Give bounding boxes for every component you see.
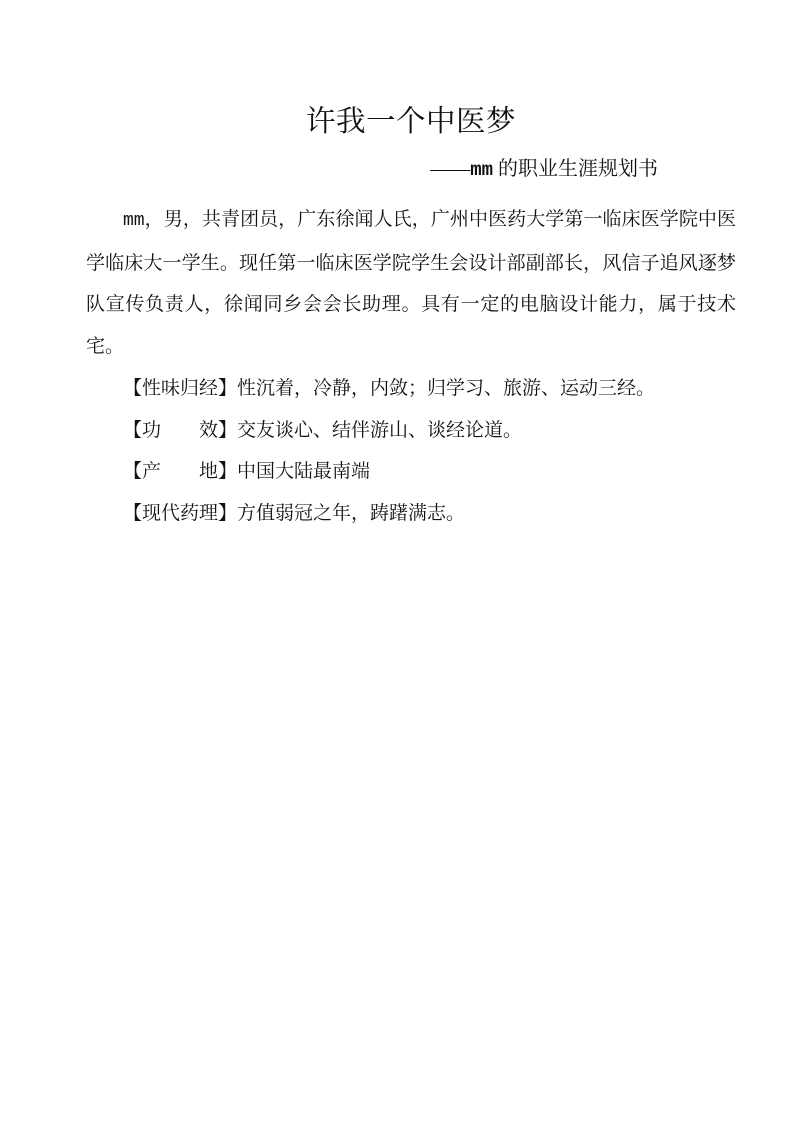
- document-body: mm，男，共青团员，广东徐闻人氏，广州中医药大学第一临床医学院中医学临床大一学生…: [86, 199, 736, 535]
- entry-paragraph-xiandai-yaoli: 【现代药理】方值弱冠之年，踌躇满志。: [86, 493, 736, 535]
- entry-paragraph-xingwei-guijing: 【性味归经】性沉着，冷静，内敛；归学习、旅游、运动三经。: [86, 368, 736, 410]
- subtitle-dash: ——: [430, 158, 470, 180]
- document-content: 许我一个中医梦 ——mm 的职业生涯规划书 mm，男，共青团员，广东徐闻人氏，广…: [0, 0, 793, 535]
- document-subtitle: ——mm 的职业生涯规划书: [86, 153, 736, 187]
- subtitle-author-name: mm: [470, 159, 493, 181]
- entry-paragraph-gongxiao: 【功 效】交友谈心、结伴游山、谈经论道。: [86, 410, 736, 452]
- document-title: 许我一个中医梦: [86, 103, 736, 141]
- intro-paragraph: mm，男，共青团员，广东徐闻人氏，广州中医药大学第一临床医学院中医学临床大一学生…: [86, 199, 736, 368]
- intro-author-name: mm: [123, 211, 145, 231]
- document-page: 许我一个中医梦 ——mm 的职业生涯规划书 mm，男，共青团员，广东徐闻人氏，广…: [0, 0, 793, 1122]
- entry-paragraph-chandi: 【产 地】中国大陆最南端: [86, 451, 736, 493]
- subtitle-text: 的职业生涯规划书: [493, 158, 658, 180]
- intro-paragraph-text: ，男，共青团员，广东徐闻人氏，广州中医药大学第一临床医学院中医学临床大一学生。现…: [86, 209, 736, 357]
